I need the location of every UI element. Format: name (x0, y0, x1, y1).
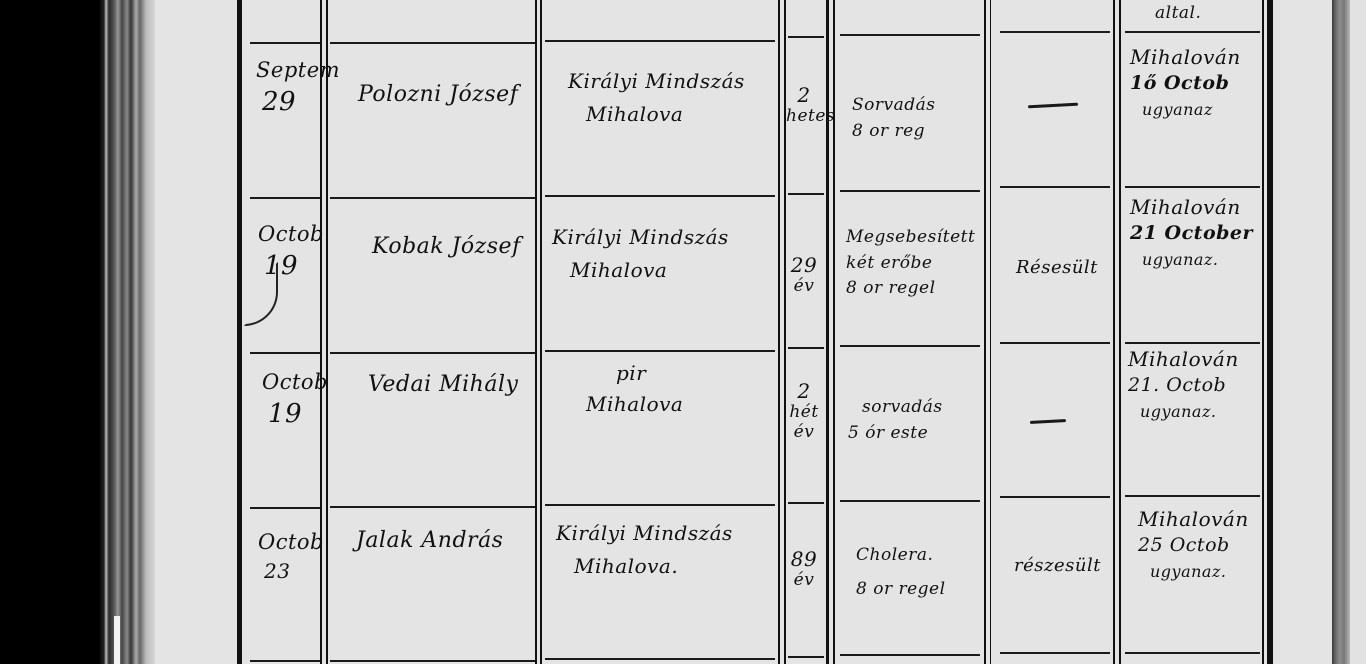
row-rule (250, 507, 320, 509)
deceased-name: Kobak József (372, 234, 521, 259)
residence-line1: Királyi Mindszás (568, 70, 745, 93)
row-rule (545, 195, 775, 197)
residence: Királyi Mindszás Mihalova (552, 226, 729, 282)
row-rule (1125, 31, 1260, 33)
residence: Királyi Mindszás Mihalova. (556, 522, 733, 578)
burial: Mihalován 21. Octob ugyanaz. (1128, 348, 1239, 421)
column-rule (535, 0, 537, 664)
burial-place: Mihalován (1130, 196, 1253, 219)
entry-date: Octob 23 (258, 530, 324, 583)
burial-date: 25 Octob (1138, 535, 1249, 557)
page-edge-shadow (1332, 0, 1350, 664)
column-rule (1119, 0, 1121, 664)
row-rule (840, 500, 980, 502)
column-rule (833, 0, 835, 664)
residence-line2: Mihalova (586, 103, 745, 126)
scan-artifact (114, 616, 120, 664)
cause-line3: 8 or regel (846, 279, 975, 299)
row-rule (1125, 186, 1260, 188)
age: 2 hét év (786, 380, 822, 442)
row-rule (840, 190, 980, 192)
age-unit: hét év (786, 403, 822, 442)
row-rule (840, 34, 980, 36)
burial-place: Mihalován (1128, 348, 1239, 371)
age-unit: év (786, 571, 822, 591)
column-rule (778, 0, 780, 664)
row-rule (330, 506, 535, 508)
row-rule (250, 660, 320, 662)
column-rule (1262, 0, 1264, 664)
row-rule (545, 40, 775, 42)
burial-date: 21. Octob (1128, 375, 1239, 397)
row-rule (1000, 496, 1110, 498)
row-rule (330, 42, 535, 44)
previous-entry-burial-note: altal. (1155, 4, 1201, 24)
date-month: Octob (258, 222, 324, 246)
row-rule (250, 42, 320, 44)
row-rule (330, 660, 535, 662)
sacraments: Résesült (1016, 258, 1098, 279)
age-number: 2 (786, 380, 822, 403)
burial-note: ugyanaz (1142, 101, 1241, 119)
cause-line2: 5 ór este (848, 424, 943, 444)
row-rule (1125, 342, 1260, 344)
column-rule (237, 0, 242, 664)
date-day: 19 (268, 400, 328, 430)
date-day: 29 (262, 88, 340, 118)
row-rule (545, 350, 775, 352)
age-number: 29 (786, 254, 822, 277)
date-month: Octob (262, 370, 328, 394)
burial: Mihalován 21 October ugyanaz. (1130, 196, 1253, 269)
burial-note: ugyanaz. (1140, 403, 1239, 421)
row-rule (1000, 186, 1110, 188)
cause-of-death: Cholera. 8 or regel (856, 540, 946, 599)
row-rule (545, 658, 775, 660)
next-page-edge (1350, 0, 1366, 664)
burial-date: 1ő Octob (1130, 73, 1241, 95)
deceased-name: Vedai Mihály (368, 372, 518, 397)
burial-date: 21 October (1130, 223, 1253, 245)
residence: pir Mihalova (586, 362, 683, 416)
deceased-name: Polozni József (358, 82, 518, 107)
entry-date: Septem 29 (256, 58, 340, 118)
cause-line2: 8 or regel (856, 580, 946, 600)
age-unit: hetes (786, 107, 822, 127)
row-rule (788, 656, 824, 658)
row-rule (1125, 652, 1260, 654)
age: 2 hetes (786, 84, 822, 127)
row-rule (788, 502, 824, 504)
column-rule (826, 0, 829, 664)
residence-line2: Mihalova (570, 259, 729, 282)
burial-place: Mihalován (1138, 508, 1249, 531)
sacraments: részesült (1014, 556, 1101, 577)
entry-date: Octob 19 (262, 370, 328, 430)
cause-line1: sorvadás (862, 398, 943, 418)
burial: Mihalován 1ő Octob ugyanaz (1130, 46, 1241, 119)
row-rule (545, 504, 775, 506)
burial: Mihalován 25 Octob ugyanaz. (1138, 508, 1249, 581)
age-number: 89 (786, 548, 822, 571)
residence-line2: Mihalova. (574, 555, 733, 578)
row-rule (1000, 31, 1110, 33)
deceased-name: Jalak András (356, 528, 503, 553)
row-rule (250, 352, 320, 354)
age: 29 év (786, 254, 822, 297)
document-viewer: altal. Septem 29 Polozni József Királyi … (0, 0, 1366, 664)
date-month: Octob (258, 530, 324, 554)
cause-line2: 8 or reg (852, 122, 936, 142)
date-day: 23 (264, 560, 324, 583)
burial-place: Mihalován (1130, 46, 1241, 69)
age-number: 2 (786, 84, 822, 107)
sacraments (1028, 104, 1078, 107)
row-rule (1000, 652, 1110, 654)
residence: Királyi Mindszás Mihalova (568, 70, 745, 126)
date-month: Septem (256, 58, 340, 82)
book-gutter (100, 0, 155, 664)
residence-line1: pir (616, 362, 683, 385)
column-rule (540, 0, 542, 664)
row-rule (330, 352, 535, 354)
row-rule (840, 345, 980, 347)
residence-line1: Királyi Mindszás (552, 226, 729, 249)
row-rule (788, 36, 824, 38)
cause-line1: Sorvadás (852, 96, 936, 116)
cause-line2: két erőbe (846, 254, 975, 274)
column-rule (1113, 0, 1115, 664)
cause-of-death: Sorvadás 8 or reg (852, 90, 936, 141)
cause-line1: Cholera. (856, 546, 946, 566)
cause-of-death: sorvadás 5 ór este (848, 392, 943, 443)
burial-note: ugyanaz. (1150, 563, 1249, 581)
row-rule (840, 654, 980, 656)
cause-line1: Megsebesített (846, 228, 975, 248)
row-rule (788, 193, 824, 195)
age: 89 év (786, 548, 822, 591)
row-rule (1125, 495, 1260, 497)
row-rule (1000, 342, 1110, 344)
age-unit: év (786, 277, 822, 297)
cause-of-death: Megsebesített két erőbe 8 or regel (846, 222, 975, 299)
residence-line1: Királyi Mindszás (556, 522, 733, 545)
sacraments (1030, 420, 1066, 423)
residence-line2: Mihalova (586, 393, 683, 416)
row-rule (250, 197, 320, 199)
column-rule (984, 0, 986, 664)
column-rule (990, 0, 991, 664)
column-rule (1267, 0, 1273, 664)
row-rule (788, 347, 824, 349)
row-rule (330, 197, 535, 199)
burial-note: ugyanaz. (1142, 251, 1253, 269)
